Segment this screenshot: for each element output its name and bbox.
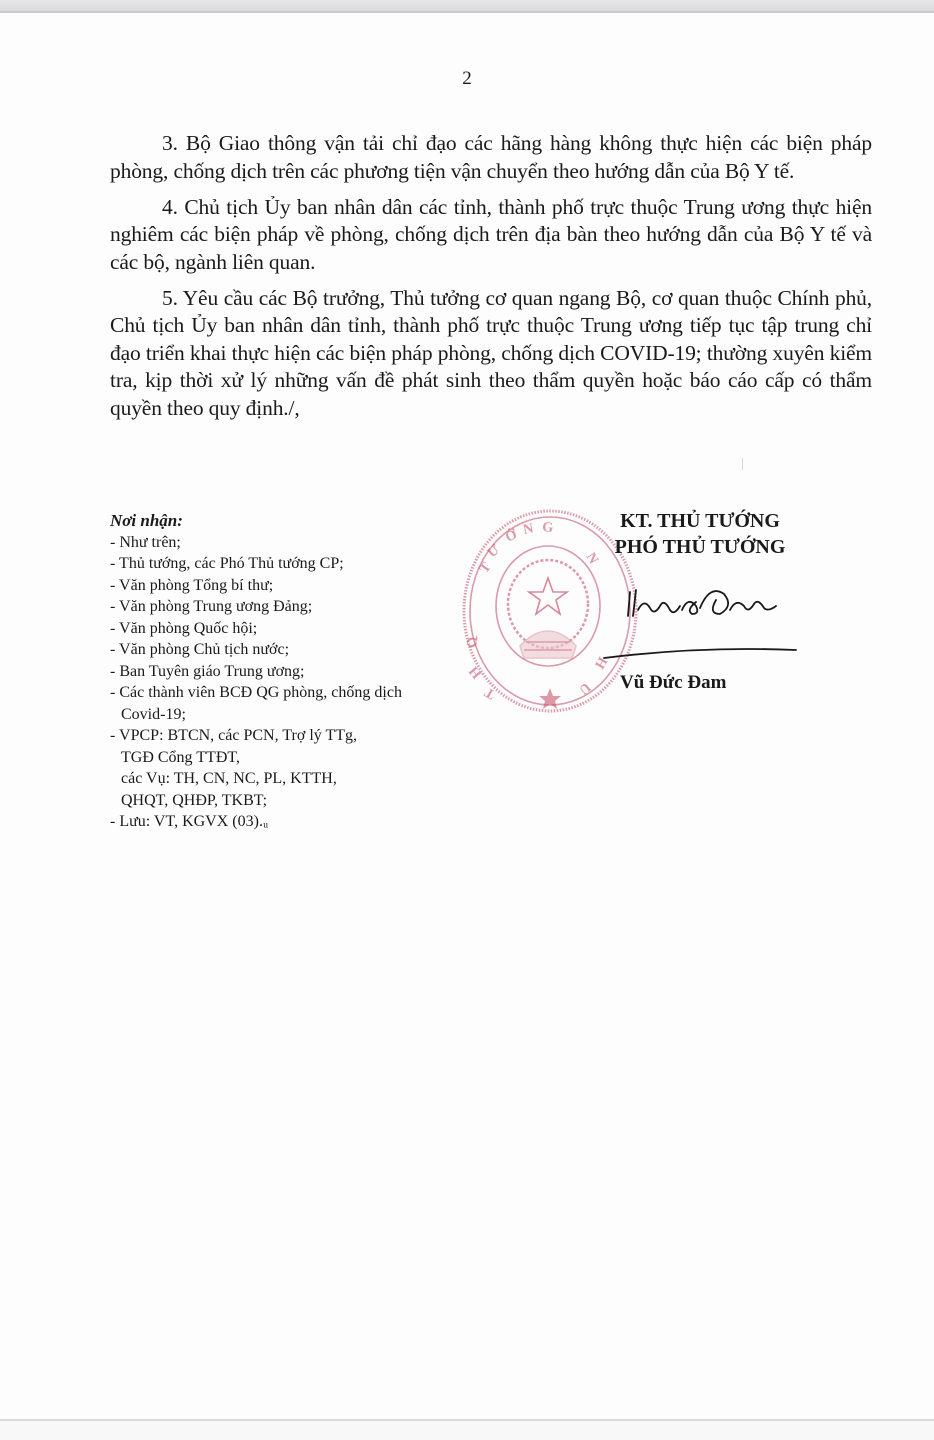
paragraph-3: 3. Bộ Giao thông vận tải chỉ đạo các hãn… [110,130,872,185]
svg-text:Q: Q [464,634,482,649]
svg-text:U: U [576,679,593,697]
recipients-block: Nơi nhận: - Như trên; - Thủ tướng, các P… [110,510,470,833]
recipient-item: - Văn phòng Trung ương Đảng; [110,596,470,618]
svg-text:H: H [467,663,486,681]
recipient-item-continued: Covid-19; [110,704,470,726]
svg-text:T: T [482,684,498,702]
svg-text:T: T [477,559,495,576]
handwritten-signature-icon [600,580,810,660]
recipient-item: - Các thành viên BCĐ QG phòng, chống dịc… [110,682,470,704]
viewer-bottom-bar [0,1419,934,1440]
recipient-item-continued: các Vụ: TH, CN, NC, PL, KTTH, [110,768,470,790]
signer-name: Vũ Đức Đam [620,672,726,694]
page-number: 2 [0,68,934,90]
svg-text:N: N [522,521,535,538]
signer-position-2: PHÓ THỦ TƯỚNG [560,534,840,560]
paragraph-5: 5. Yêu cầu các Bộ trưởng, Thủ tưởng cơ q… [110,285,872,423]
signer-position-1: KT. THỦ TƯỚNG [560,508,840,534]
recipient-item: - Ban Tuyên giáo Trung ương; [110,661,470,683]
recipient-item: - Lưu: VT, KGVX (03).ᵤ [110,811,470,833]
signature-block: KT. THỦ TƯỚNG PHÓ THỦ TƯỚNG [560,508,840,560]
recipient-item: - Văn phòng Tổng bí thư; [110,575,470,597]
document-body: 3. Bộ Giao thông vận tải chỉ đạo các hãn… [110,130,872,431]
paragraph-4: 4. Chủ tịch Ủy ban nhân dân các tỉnh, th… [110,194,872,277]
recipient-item-continued: QHQT, QHĐP, TKBT; [110,790,470,812]
recipient-item: - Như trên; [110,532,470,554]
svg-text:Ư: Ư [485,542,504,561]
scan-mark [742,458,747,470]
recipient-item: - Văn phòng Chủ tịch nước; [110,639,470,661]
recipient-item: - Thủ tướng, các Phó Thủ tướng CP; [110,553,470,575]
recipient-item: - Văn phòng Quốc hội; [110,618,470,640]
viewer-top-bar [0,0,934,13]
svg-text:Ớ: Ớ [503,525,521,545]
recipient-item-continued: TGĐ Cổng TTĐT, [110,747,470,769]
recipient-item: - VPCP: BTCN, các PCN, Trợ lý TTg, [110,725,470,747]
svg-text:G: G [542,520,554,536]
recipients-title: Nơi nhận: [110,510,470,532]
